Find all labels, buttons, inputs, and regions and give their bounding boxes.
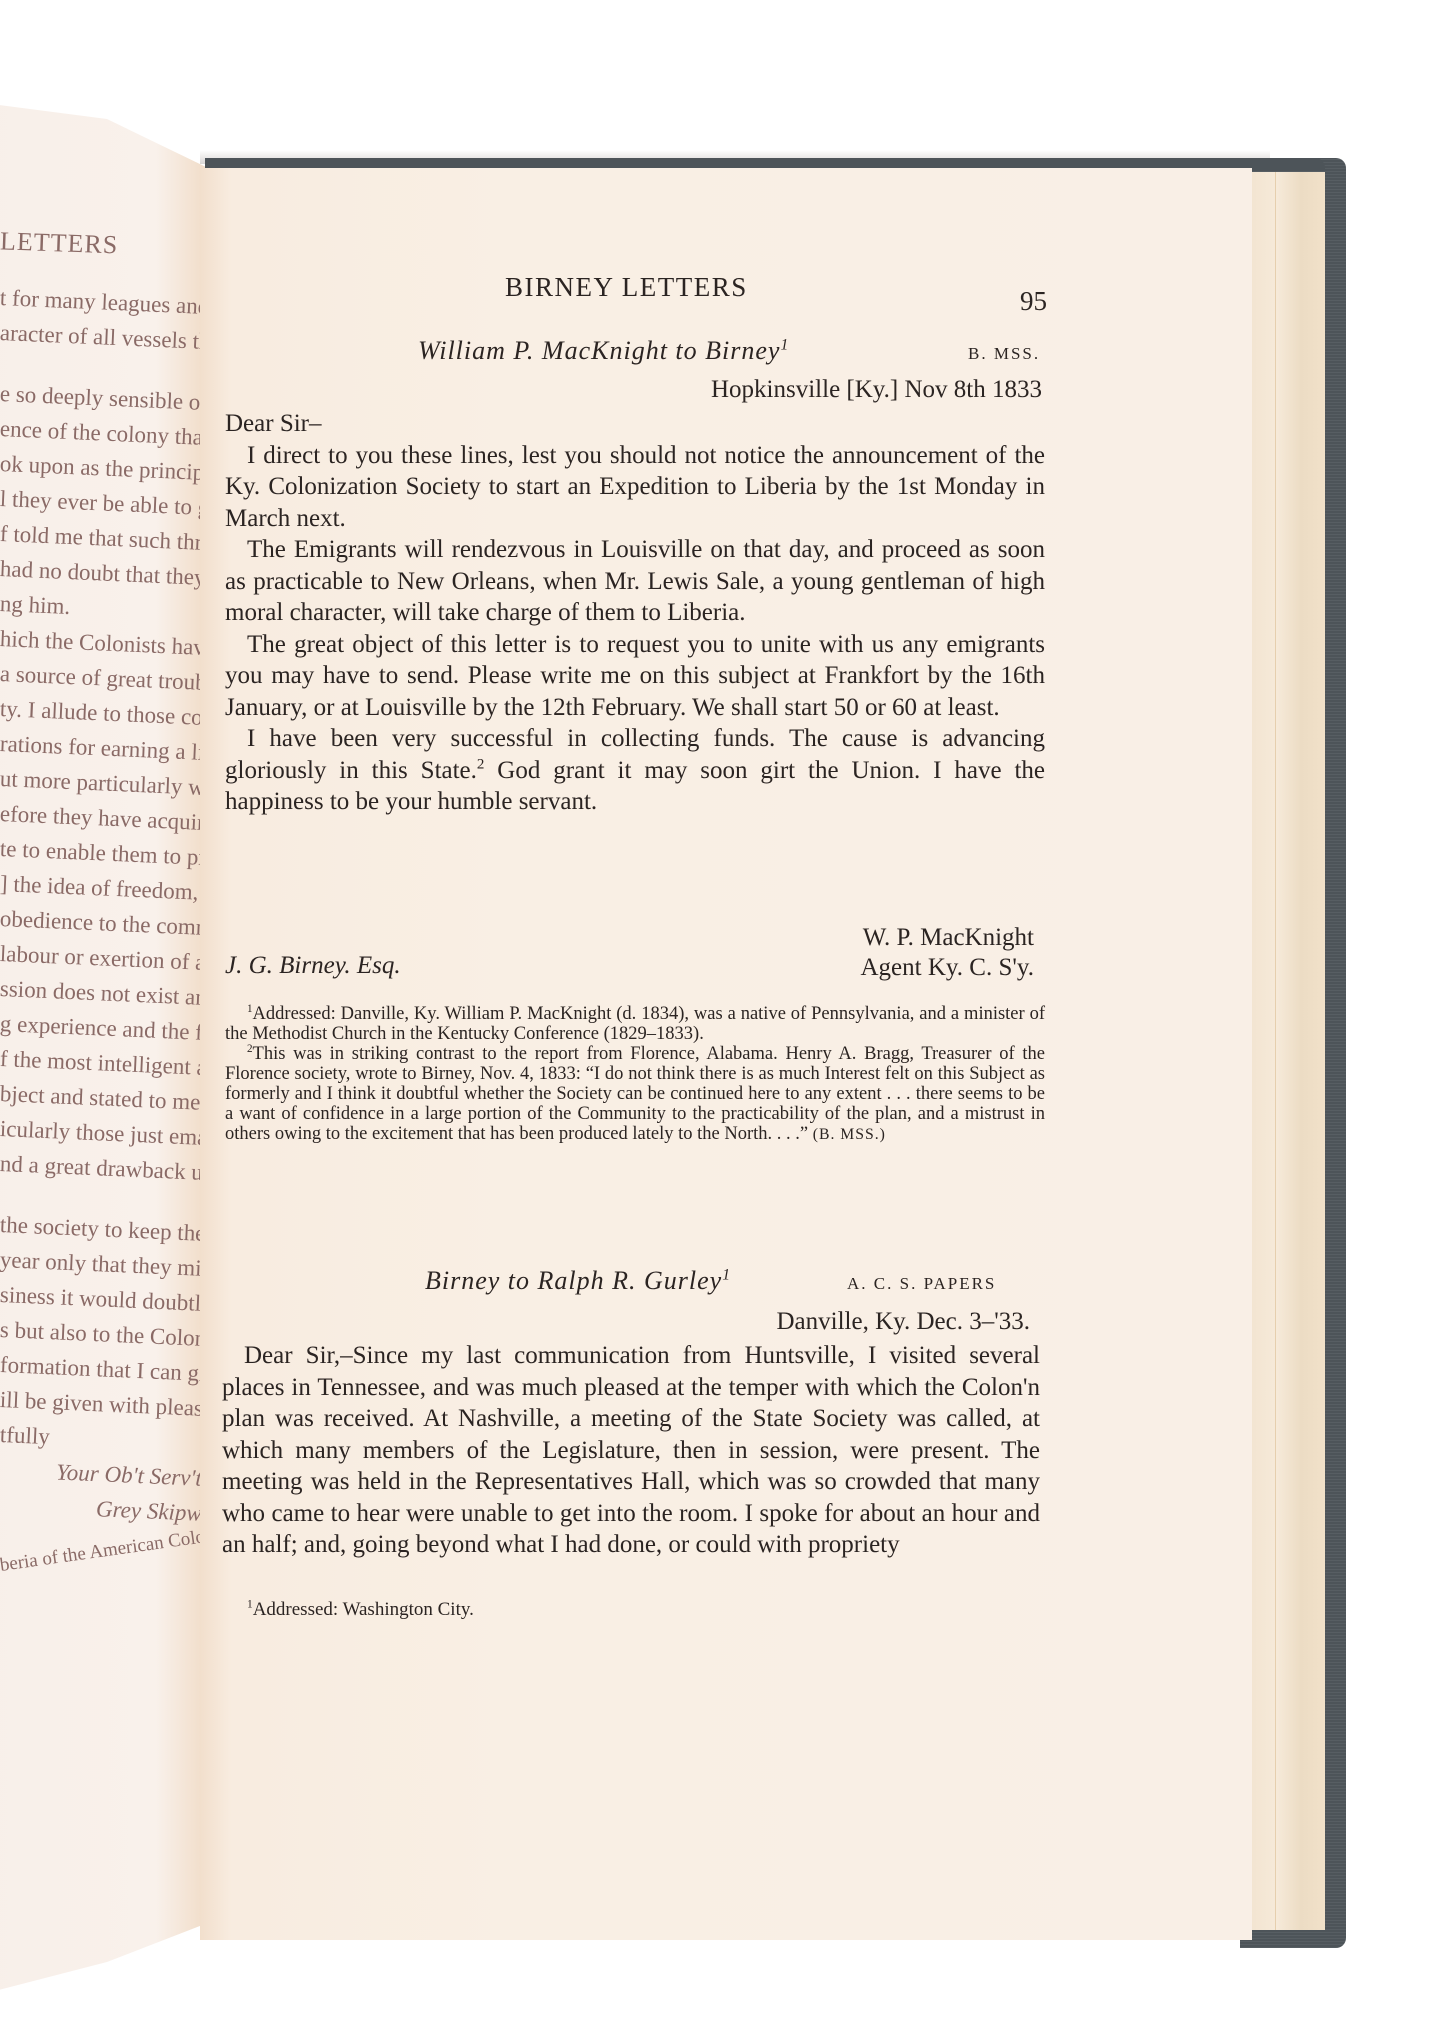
- paragraph: The great object of this letter is to re…: [225, 629, 1045, 724]
- signature-title: Agent Ky. C. S'y.: [861, 954, 1035, 982]
- letter-1-source: B. MSS.: [968, 344, 1040, 364]
- letter-2-title-text: Birney to Ralph R. Gurley: [425, 1266, 722, 1295]
- letter-2-dateline: Danville, Ky. Dec. 3–'33.: [776, 1308, 1030, 1336]
- footnote-text: Addressed: Danville, Ky. William P. MacK…: [225, 1004, 1045, 1044]
- footnote-1: 1Addressed: Danville, Ky. William P. Mac…: [225, 1004, 1045, 1044]
- footnote-text: This was in striking contrast to the rep…: [225, 1044, 1045, 1144]
- signature-name: W. P. MacKnight: [863, 924, 1034, 952]
- footnote-2: 2This was in striking contrast to the re…: [225, 1044, 1045, 1145]
- paragraph: Dear Sir,–Since my last communication fr…: [222, 1340, 1040, 1561]
- letter-1-title-text: William P. MacKnight to Birney: [418, 336, 780, 365]
- letter-1-footnotes: 1Addressed: Danville, Ky. William P. Mac…: [225, 1004, 1045, 1145]
- salutation: Dear Sir–: [225, 408, 1045, 440]
- letter-1-dateline: Hopkinsville [Ky.] Nov 8th 1833: [711, 376, 1042, 404]
- letter-2-title: Birney to Ralph R. Gurley1: [425, 1266, 731, 1296]
- footnote-ref: 1: [722, 1266, 731, 1283]
- running-head: BIRNEY LETTERS: [505, 272, 748, 303]
- paragraph: The Emigrants will rendezvous in Louisvi…: [225, 534, 1045, 629]
- letter-2-footnote: 1Addressed: Washington City.: [225, 1600, 1045, 1620]
- letter-2-body: Dear Sir,–Since my last communication fr…: [222, 1340, 1040, 1561]
- right-page: BIRNEY LETTERS 95 William P. MacKnight t…: [200, 168, 1252, 1940]
- left-running-head: LETTERS: [0, 226, 205, 263]
- letter-2-source: A. C. S. PAPERS: [847, 1274, 996, 1294]
- letter-1-title: William P. MacKnight to Birney1: [418, 336, 789, 366]
- paragraph: I direct to you these lines, lest you sh…: [225, 440, 1045, 535]
- left-page: LETTERS t for many leagues and waracter …: [0, 100, 205, 2000]
- addressee: J. G. Birney. Esq.: [225, 952, 401, 980]
- paragraph: I have been very successful in collectin…: [225, 723, 1045, 818]
- footnote-text: Addressed: Washington City.: [253, 1599, 474, 1620]
- footnote-ref: 1: [780, 336, 789, 353]
- letter-1-body: Dear Sir– I direct to you these lines, l…: [225, 408, 1045, 818]
- page-edges: [1245, 172, 1325, 1930]
- left-page-text: LETTERS t for many leagues and waracter …: [0, 230, 205, 1583]
- page-number: 95: [1020, 286, 1047, 317]
- footnote-source: (B. MSS.): [813, 1126, 886, 1143]
- footnote-1: 1Addressed: Washington City.: [225, 1600, 1045, 1620]
